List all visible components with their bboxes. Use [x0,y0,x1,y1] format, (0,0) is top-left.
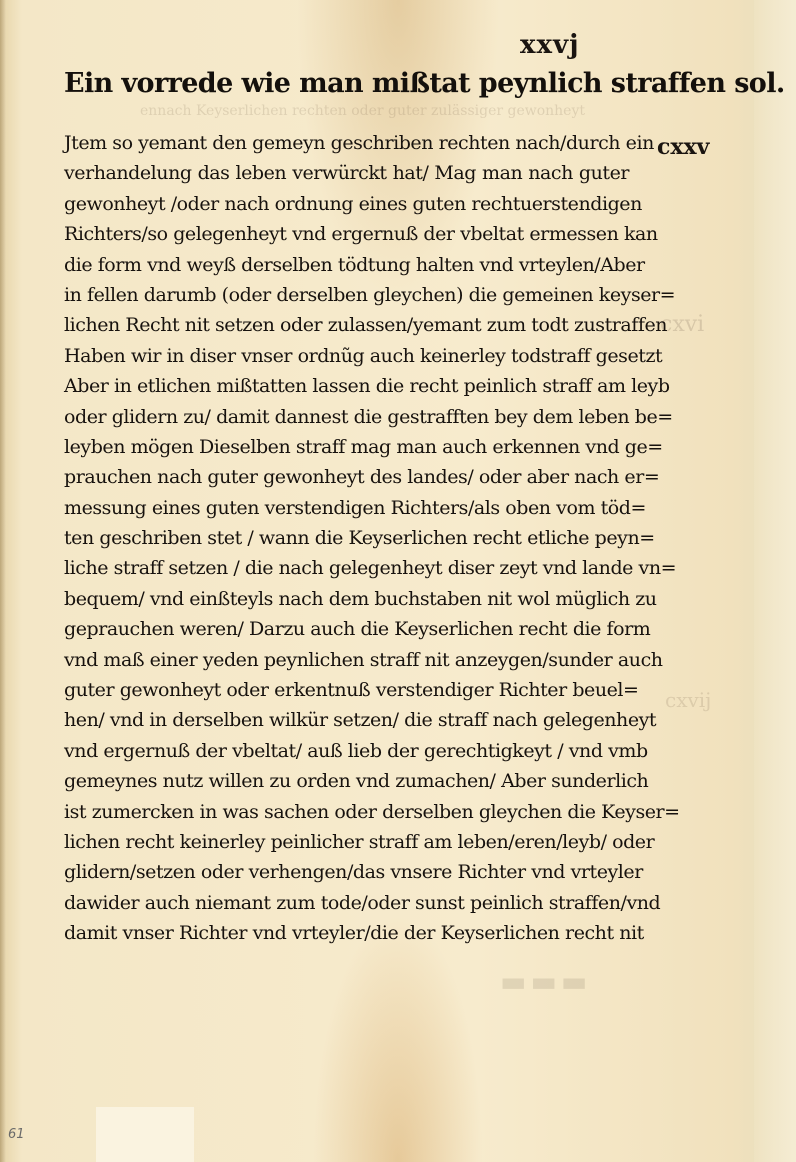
pencil-annotation: 61 [8,1127,25,1142]
text-line: dawider auch niemant zum tode/oder sunst… [64,888,629,918]
scanned-page: xxvj Ein vorrede wie man mißtat peynlich… [0,0,796,1162]
text-line: Jtem so yemant den gemeyn geschriben rec… [64,128,629,158]
body-text-block: Jtem so yemant den gemeyn geschriben rec… [64,128,629,949]
page-right-margin-strip [754,0,796,1162]
text-line: ist zumercken in was sachen oder derselb… [64,797,629,827]
bleedthrough-text: ennach Keyserlichen rechten oder guter z… [140,103,660,121]
text-line: hen/ vnd in derselben wilkür setzen/ die… [64,705,629,735]
text-line: Haben wir in diser vnser ordnũg auch kei… [64,341,629,371]
text-line: liche straff setzen / die nach gelegenhe… [64,553,629,583]
text-line: oder glidern zu/ damit dannest die gestr… [64,402,629,432]
text-line: geprauchen weren/ Darzu auch die Keyserl… [64,614,629,644]
marginal-note: cxxv [657,134,709,160]
folio-number: xxvj [520,30,580,60]
text-line: Aber in etlichen mißtatten lassen die re… [64,371,629,401]
text-line: prauchen nach guter gewonheyt des landes… [64,462,629,492]
text-line: in fellen darumb (oder derselben gleyche… [64,280,629,310]
text-line: vnd maß einer yeden peynlichen straff ni… [64,645,629,675]
text-line: ten geschriben stet / wann die Keyserlic… [64,523,629,553]
paper-repair-patch [96,1107,194,1162]
text-line: guter gewonheyt oder erkentnuß verstendi… [64,675,629,705]
text-line: glidern/setzen oder verhengen/das vnsere… [64,857,629,887]
text-line: vnd ergernuß der vbeltat/ auß lieb der g… [64,736,629,766]
text-line: die form vnd weyß derselben tödtung halt… [64,250,629,280]
text-line: gemeynes nutz willen zu orden vnd zumach… [64,766,629,796]
page-binding-edge [0,0,6,1162]
text-line: Richters/so gelegenheyt vnd ergernuß der… [64,219,629,249]
text-line: leyben mögen Dieselben straff mag man au… [64,432,629,462]
text-line: bequem/ vnd einßteyls nach dem buchstabe… [64,584,629,614]
text-line: messung eines guten verstendigen Richter… [64,493,629,523]
text-line: verhandelung das leben verwürckt hat/ Ma… [64,158,629,188]
text-line: lichen Recht nit setzen oder zulassen/ye… [64,310,629,340]
chapter-heading: Ein vorrede wie man mißtat peynlich stra… [64,68,785,99]
text-line: gewonheyt /oder nach ordnung eines guten… [64,189,629,219]
bleedthrough-stamp: ▬▬▬ [500,965,591,998]
text-line: damit vnser Richter vnd vrteyler/die der… [64,918,629,948]
text-line: lichen recht keinerley peinlicher straff… [64,827,629,857]
ghost-marginal-note-2: cxvij [665,688,711,712]
